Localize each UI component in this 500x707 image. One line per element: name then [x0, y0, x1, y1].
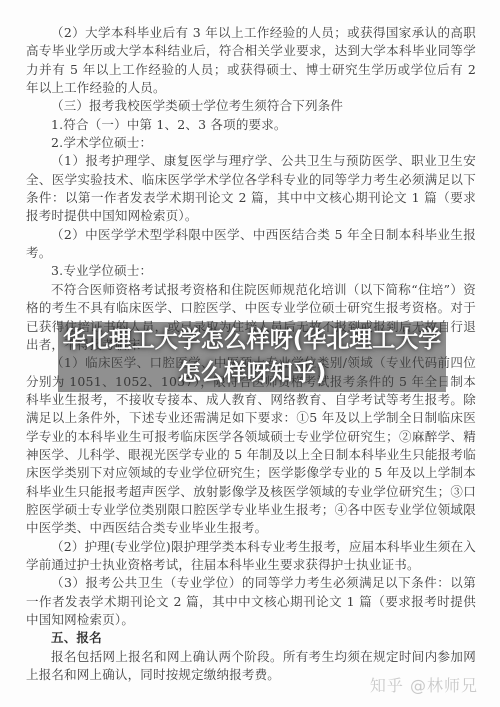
overlay-title-line-2: 怎么样呀知乎): [178, 357, 327, 390]
paragraph-admission-item-2: （2）大学本科毕业后有 3 年以上工作经验的人员；或获得国家承认的高职高专毕业学…: [26, 24, 476, 97]
paragraph-academic-degree-item-2: （2）中医学学术型学科限中医学、中西医结合类 5 年全日制本科毕业生报考。: [26, 226, 476, 263]
paragraph-professional-degree-label: 3.专业学位硕士：: [26, 262, 476, 280]
paragraph-professional-degree-item-3: （3）报考公共卫生（专业学位）的同等学力考生必须满足以下条件：以第一作者发表学术…: [26, 574, 476, 629]
paragraph-professional-degree-item-2: （2）护理(专业学位)限护理学类本科专业考生报考，应届本科毕业生须在入学前通过护…: [26, 538, 476, 575]
paragraph-section-3-title: （三）报考我校医学类硕士学位考生须符合下列条件: [26, 97, 476, 115]
document-page: （2）大学本科毕业后有 3 年以上工作经验的人员；或获得国家承认的高职高专毕业学…: [0, 0, 500, 707]
paragraph-requirement-1: 1.符合（一）中第 1、2、3 各项的要求。: [26, 116, 476, 134]
paragraph-academic-degree-item-1: （1）报考护理学、康复医学与理疗学、公共卫生与预防医学、职业卫生安全、医学实验技…: [26, 152, 476, 225]
title-overlay-band: 华北理工大学怎么样呀(华北理工大学 怎么样呀知乎): [58, 322, 446, 392]
overlay-title-line-1: 华北理工大学怎么样呀(华北理工大学: [63, 324, 442, 357]
paragraph-academic-degree-label: 2.学术学位硕士：: [26, 134, 476, 152]
zhihu-author-watermark: 知乎 @林师兄: [370, 673, 478, 696]
section-5-heading: 五、报名: [26, 629, 476, 647]
